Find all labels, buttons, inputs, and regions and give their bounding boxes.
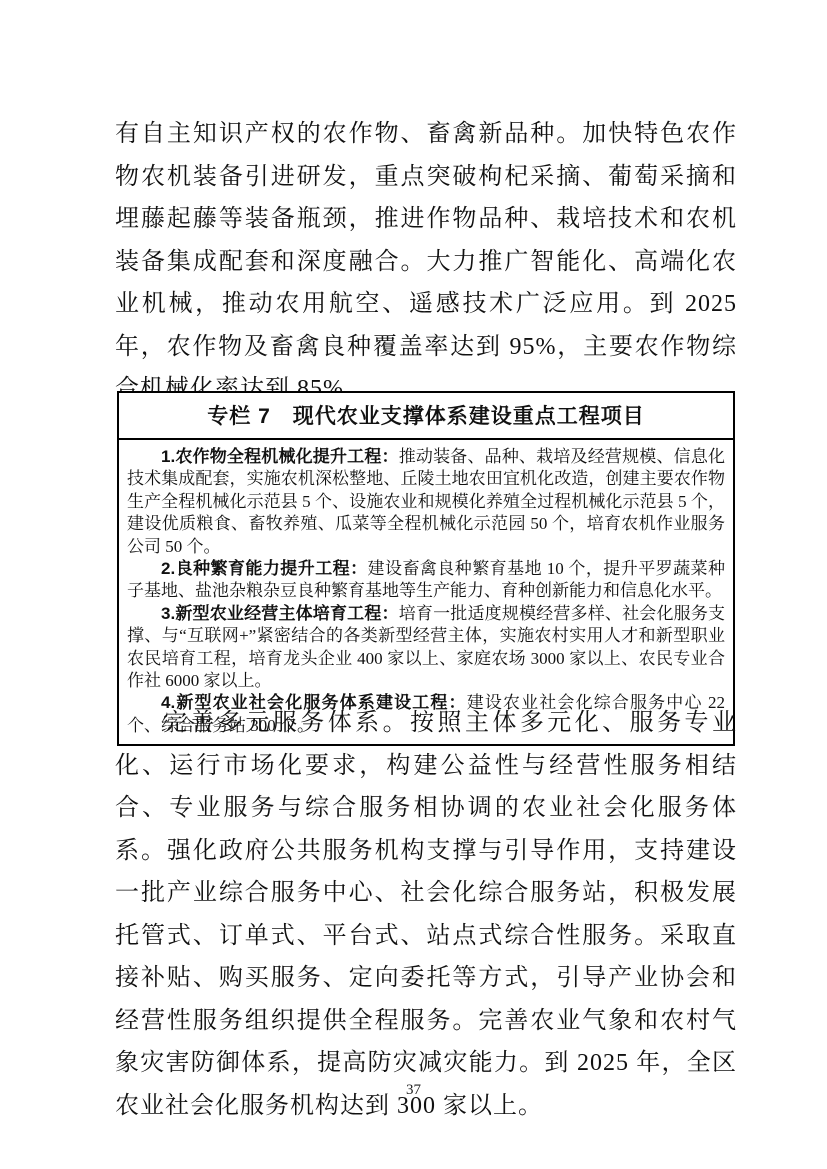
feature-box-item-1-label: 1.农作物全程机械化提升工程： — [161, 447, 399, 466]
document-page: 有自主知识产权的农作物、畜禽新品种。加快特色农作物农机装备引进研发，重点突破枸杞… — [0, 0, 827, 1169]
feature-box-body: 1.农作物全程机械化提升工程：推动装备、品种、栽培及经营规模、信息化技术集成配套… — [119, 440, 733, 744]
feature-box-item-3-label: 3.新型农业经营主体培育工程： — [161, 604, 399, 623]
feature-box-column-7: 专栏 7 现代农业支撑体系建设重点工程项目 1.农作物全程机械化提升工程：推动装… — [117, 391, 735, 746]
feature-box-item-1: 1.农作物全程机械化提升工程：推动装备、品种、栽培及经营规模、信息化技术集成配套… — [127, 446, 725, 558]
feature-box-item-2: 2.良种繁育能力提升工程：建设畜禽良种繁育基地 10 个，提升平罗蔬菜种子基地、… — [127, 558, 725, 603]
feature-box-item-2-label: 2.良种繁育能力提升工程： — [161, 559, 368, 578]
feature-box-item-3: 3.新型农业经营主体培育工程：培育一批适度规模经营多样、社会化服务支撑、与“互联… — [127, 603, 725, 693]
page-number: 37 — [0, 1082, 827, 1099]
feature-box-title: 专栏 7 现代农业支撑体系建设重点工程项目 — [119, 393, 733, 440]
body-paragraph-2: 完善多元服务体系。按照主体多元化、服务专业化、运行市场化要求，构建公益性与经营性… — [115, 702, 737, 1127]
body-paragraph-1: 有自主知识产权的农作物、畜禽新品种。加快特色农作物农机装备引进研发，重点突破枸杞… — [115, 113, 737, 411]
